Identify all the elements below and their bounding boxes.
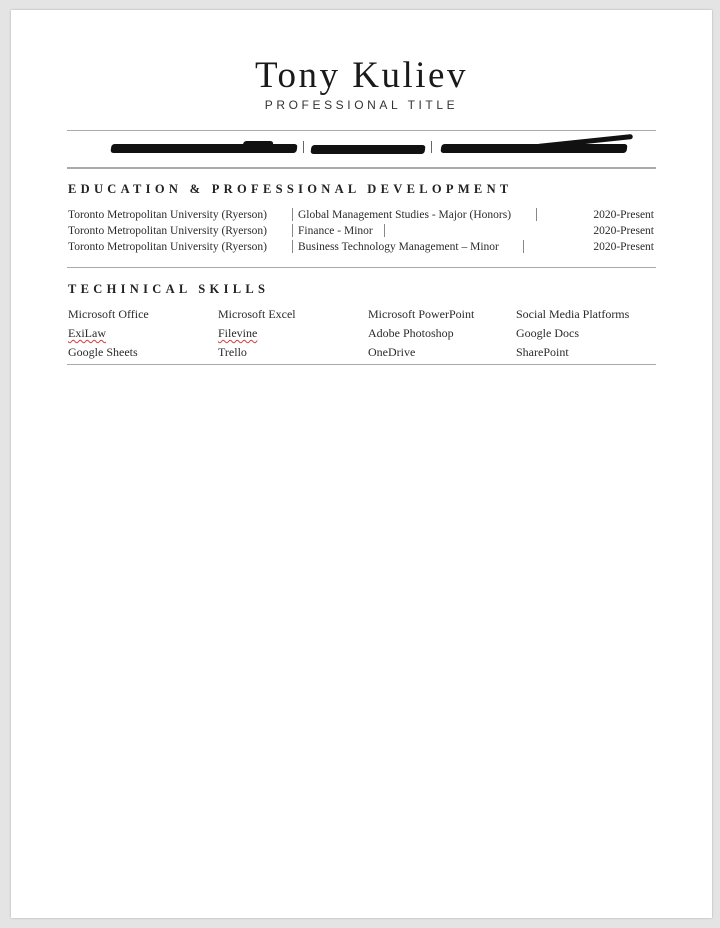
skill-item: Trello — [218, 345, 247, 360]
column-separator — [536, 208, 537, 221]
column-separator — [292, 208, 293, 221]
education-entry[interactable]: Toronto Metropolitan University (Ryerson… — [68, 240, 656, 255]
contact-separator — [431, 141, 432, 153]
school-name: Toronto Metropolitan University (Ryerson… — [68, 240, 267, 255]
professional-title[interactable]: PROFESSIONAL TITLE — [11, 98, 712, 112]
skill-item: SharePoint — [516, 345, 569, 360]
skills-heading[interactable]: TECHINICAL SKILLS — [68, 282, 269, 297]
section-divider — [67, 267, 656, 268]
education-dates: 2020-Present — [593, 224, 654, 239]
skill-item: Microsoft Excel — [218, 307, 296, 322]
education-dates: 2020-Present — [593, 240, 654, 255]
skill-item: Google Docs — [516, 326, 579, 341]
skill-item: Google Sheets — [68, 345, 138, 360]
skill-item-spellcheck-flagged: Filevine — [218, 326, 257, 341]
redaction-mark — [310, 145, 425, 154]
contact-line-redacted — [67, 137, 656, 163]
skill-item-spellcheck-flagged: ExiLaw — [68, 326, 106, 341]
skill-item: Social Media Platforms — [516, 307, 629, 322]
skill-item: OneDrive — [368, 345, 415, 360]
header-bottom-rule — [67, 167, 656, 169]
program-name: Finance - Minor — [298, 224, 373, 239]
education-dates: 2020-Present — [593, 208, 654, 223]
skill-item: Microsoft Office — [68, 307, 149, 322]
column-separator — [292, 224, 293, 237]
education-entry[interactable]: Toronto Metropolitan University (Ryerson… — [68, 208, 656, 223]
document-page[interactable]: Tony Kuliev PROFESSIONAL TITLE EDUCATION… — [11, 10, 712, 918]
school-name: Toronto Metropolitan University (Ryerson… — [68, 224, 267, 239]
skill-item: Microsoft PowerPoint — [368, 307, 474, 322]
column-separator — [384, 224, 385, 237]
skill-item: Adobe Photoshop — [368, 326, 454, 341]
candidate-name[interactable]: Tony Kuliev — [11, 54, 712, 97]
education-heading[interactable]: EDUCATION & PROFESSIONAL DEVELOPMENT — [68, 182, 513, 197]
redaction-mark — [440, 144, 627, 153]
education-entry[interactable]: Toronto Metropolitan University (Ryerson… — [68, 224, 656, 239]
program-name: Business Technology Management – Minor — [298, 240, 499, 255]
column-separator — [523, 240, 524, 253]
section-divider — [67, 364, 656, 365]
redaction-mark — [243, 141, 274, 148]
contact-separator — [303, 141, 304, 153]
school-name: Toronto Metropolitan University (Ryerson… — [68, 208, 267, 223]
header-top-rule — [67, 130, 656, 131]
program-name: Global Management Studies - Major (Honor… — [298, 208, 511, 223]
column-separator — [292, 240, 293, 253]
